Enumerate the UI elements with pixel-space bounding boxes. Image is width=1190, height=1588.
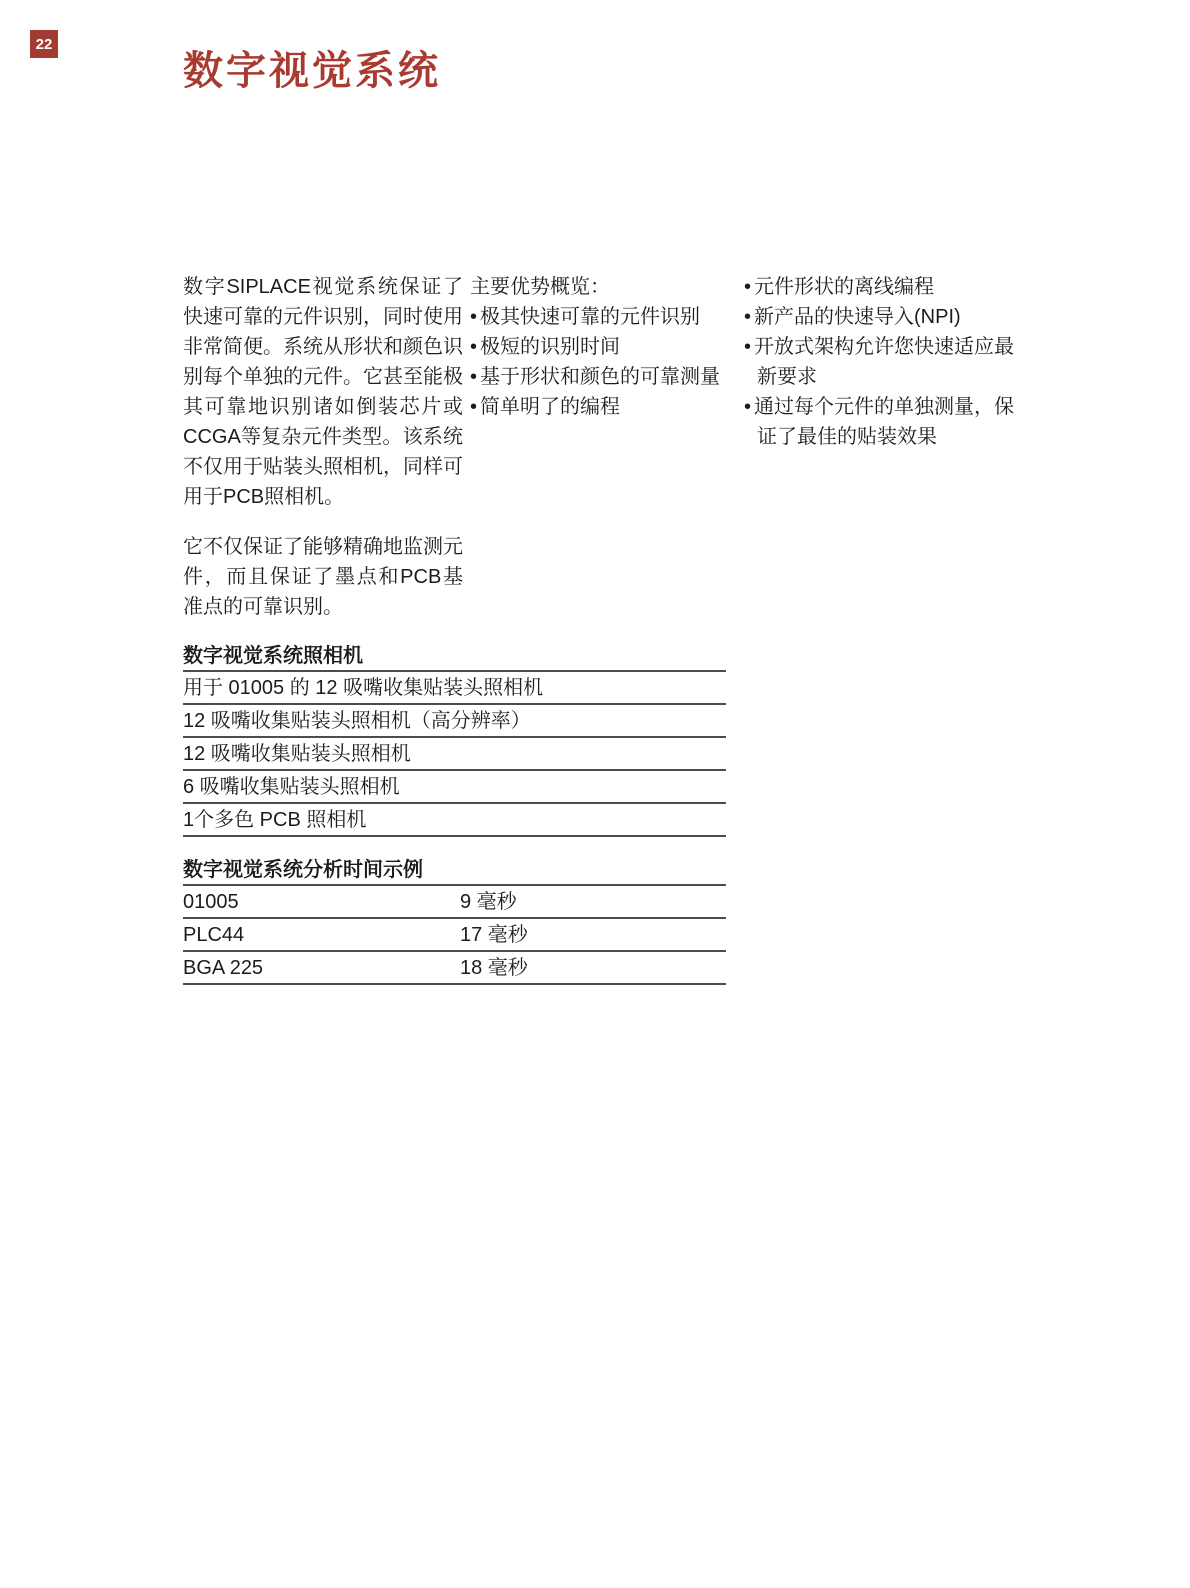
table-row: 12 吸嘴收集贴装头照相机（高分辨率） [183, 705, 726, 738]
benefit-item: 基于形状和颜色的可靠测量 [470, 362, 732, 392]
table-row: 6 吸嘴收集贴装头照相机 [183, 771, 726, 804]
page-number-badge: 22 [30, 30, 58, 58]
benefits-list-right: 元件形状的离线编程 新产品的快速导入(NPI) 开放式架构允许您快速适应最新要求… [744, 272, 1022, 452]
benefit-item: 元件形状的离线编程 [744, 272, 1022, 302]
component-cell: 01005 [183, 886, 460, 918]
benefit-item: 简单明了的编程 [470, 392, 732, 422]
document-page: 22 数字视觉系统 数字SIPLACE视觉系统保证了快速可靠的元件识别，同时使用… [0, 0, 1190, 1588]
camera-table: 数字视觉系统照相机 用于 01005 的 12 吸嘴收集贴装头照相机 12 吸嘴… [183, 644, 726, 837]
time-cell: 17 毫秒 [460, 919, 528, 951]
table-row: 1个多色 PCB 照相机 [183, 804, 726, 837]
time-cell: 9 毫秒 [460, 886, 517, 918]
benefit-item: 开放式架构允许您快速适应最新要求 [744, 332, 1022, 392]
benefit-item: 极其快速可靠的元件识别 [470, 302, 732, 332]
table-row: 12 吸嘴收集贴装头照相机 [183, 738, 726, 771]
benefits-column: 主要优势概览： 极其快速可靠的元件识别 极短的识别时间 基于形状和颜色的可靠测量… [470, 272, 732, 422]
table-row: PLC4417 毫秒 [183, 919, 726, 952]
page-title: 数字视觉系统 [183, 46, 441, 96]
table-row: BGA 22518 毫秒 [183, 952, 726, 985]
benefits-list: 极其快速可靠的元件识别 极短的识别时间 基于形状和颜色的可靠测量 简单明了的编程 [470, 302, 732, 422]
table-row: 用于 01005 的 12 吸嘴收集贴装头照相机 [183, 672, 726, 705]
intro-column: 数字SIPLACE视觉系统保证了快速可靠的元件识别，同时使用非常简便。系统从形状… [183, 272, 463, 622]
benefit-item: 新产品的快速导入(NPI) [744, 302, 1022, 332]
benefits-heading: 主要优势概览： [470, 272, 732, 302]
component-cell: BGA 225 [183, 952, 460, 984]
benefits-column-right: 元件形状的离线编程 新产品的快速导入(NPI) 开放式架构允许您快速适应最新要求… [744, 272, 1022, 452]
component-cell: PLC44 [183, 919, 460, 951]
intro-paragraph-2: 它不仅保证了能够精确地监测元件，而且保证了墨点和PCB基准点的可靠识别。 [183, 532, 463, 622]
benefit-item: 通过每个元件的单独测量，保证了最佳的贴装效果 [744, 392, 1022, 452]
intro-paragraph-1: 数字SIPLACE视觉系统保证了快速可靠的元件识别，同时使用非常简便。系统从形状… [183, 272, 463, 512]
camera-table-title: 数字视觉系统照相机 [183, 644, 726, 672]
timing-table-title: 数字视觉系统分析时间示例 [183, 858, 726, 886]
timing-table: 数字视觉系统分析时间示例 010059 毫秒 PLC4417 毫秒 BGA 22… [183, 858, 726, 985]
benefit-item: 极短的识别时间 [470, 332, 732, 362]
table-row: 010059 毫秒 [183, 886, 726, 919]
time-cell: 18 毫秒 [460, 952, 528, 984]
